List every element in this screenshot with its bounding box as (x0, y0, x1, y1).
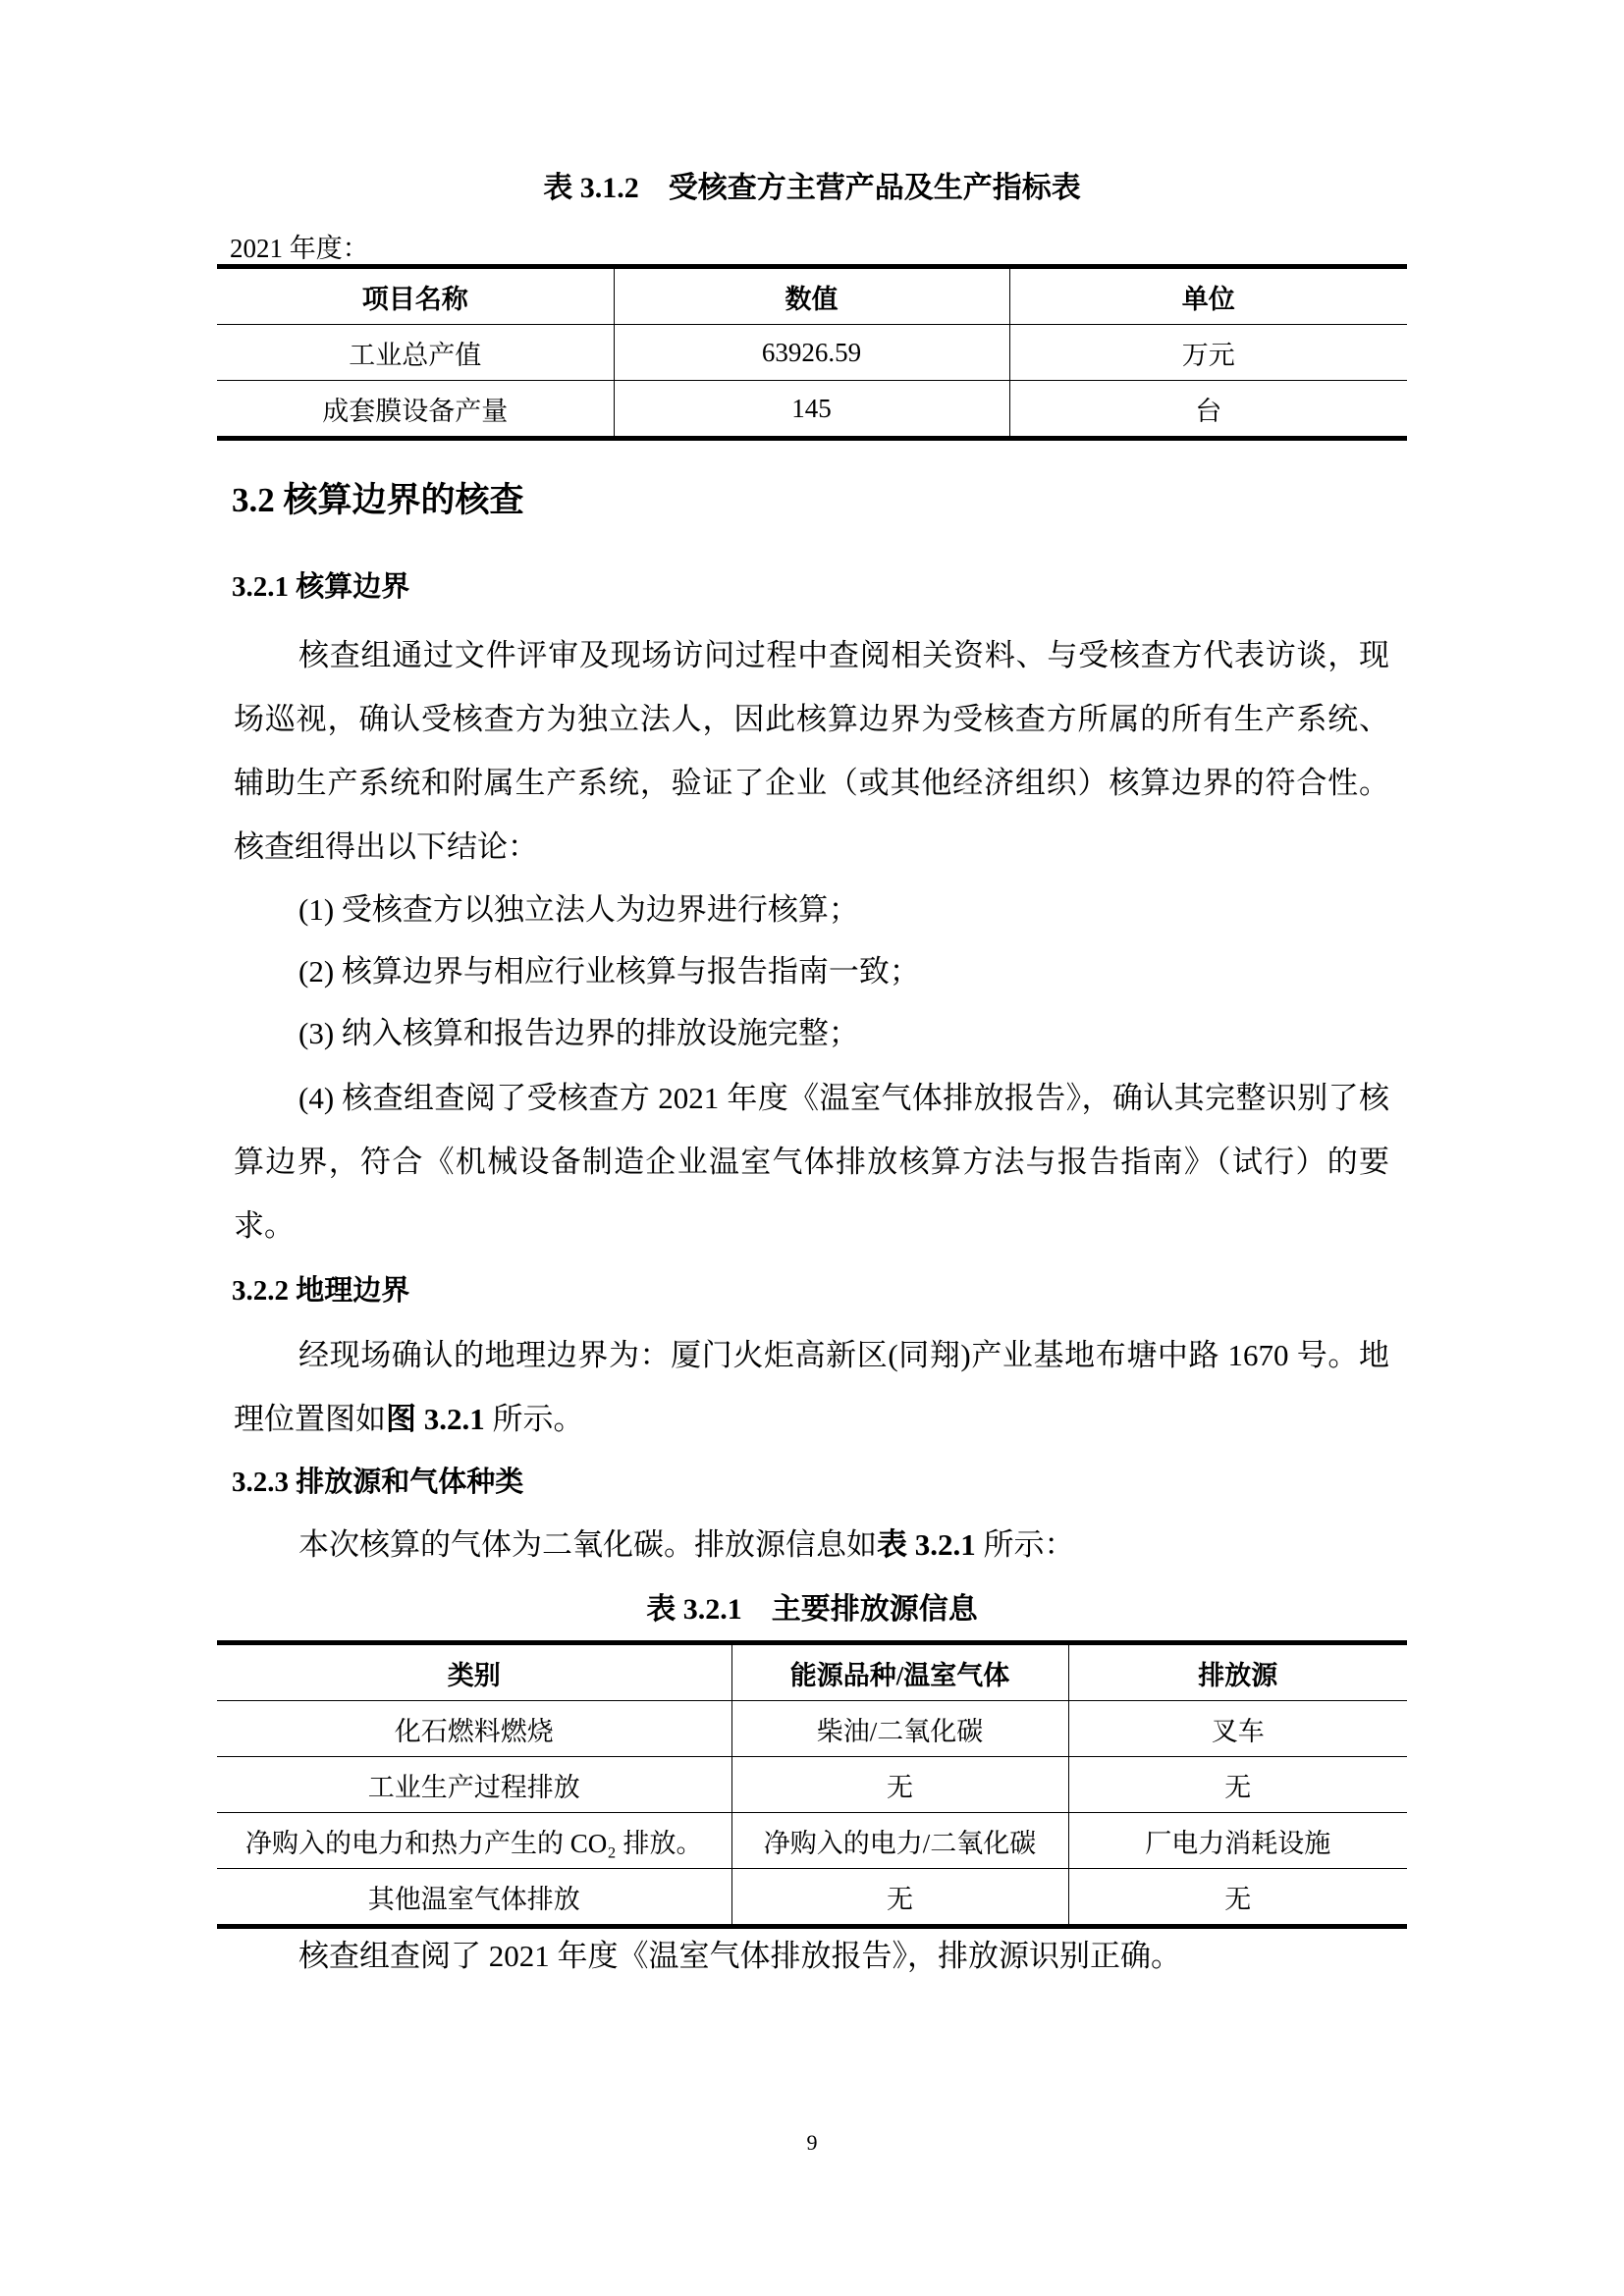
section-heading-3-2-3: 3.2.3 排放源和气体种类 (232, 1463, 523, 1502)
closing-paragraph: 核查组查阅了 2021 年度《温室气体排放报告》，排放源识别正确。 (298, 1937, 1454, 1976)
header-value: 数值 (614, 267, 1009, 325)
cell-energy-ghg: 无 (731, 1869, 1068, 1927)
cell-unit: 台 (1009, 381, 1407, 439)
table-reference-link: 表 3.2.1 (877, 1527, 976, 1562)
cell-value: 145 (614, 381, 1009, 439)
table-row: 化石燃料燃烧 柴油/二氧化碳 叉车 (217, 1701, 1407, 1757)
table-header-row: 类别 能源品种/温室气体 排放源 (217, 1643, 1407, 1701)
conclusion-item-3: (3) 纳入核算和报告边界的排放设施完整； (298, 1014, 1454, 1053)
cell-emission-source: 厂电力消耗设施 (1068, 1813, 1407, 1869)
cell-item-name: 成套膜设备产量 (217, 381, 614, 439)
table-312: 项目名称 数值 单位 工业总产值 63926.59 万元 成套膜设备产量 145… (217, 264, 1407, 441)
header-category: 类别 (217, 1643, 731, 1701)
cell-value: 63926.59 (614, 325, 1009, 381)
conclusion-item-4: (4) 核查组查阅了受核查方 2021 年度《温室气体排放报告》，确认其完整识别… (234, 1066, 1389, 1257)
cell-energy-ghg: 无 (731, 1757, 1068, 1813)
section-heading-3-2: 3.2 核算边界的核查 (232, 479, 524, 522)
section-heading-3-2-2: 3.2.2 地理边界 (232, 1271, 409, 1310)
header-item-name: 项目名称 (217, 267, 614, 325)
table-312-year-note: 2021 年度： (230, 232, 369, 265)
header-emission-source: 排放源 (1068, 1643, 1407, 1701)
cell-category: 工业生产过程排放 (217, 1757, 731, 1813)
conclusion-item-2: (2) 核算边界与相应行业核算与报告指南一致； (298, 952, 1454, 991)
cell-emission-source: 叉车 (1068, 1701, 1407, 1757)
figure-reference-link: 图 3.2.1 (386, 1402, 485, 1436)
cell-unit: 万元 (1009, 325, 1407, 381)
header-energy-ghg: 能源品种/温室气体 (731, 1643, 1068, 1701)
table-row: 净购入的电力和热力产生的 CO₂ 排放。 净购入的电力/二氧化碳 厂电力消耗设施 (217, 1813, 1407, 1869)
table-row: 工业总产值 63926.59 万元 (217, 325, 1407, 381)
cell-item-name: 工业总产值 (217, 325, 614, 381)
cell-emission-source: 无 (1068, 1757, 1407, 1813)
table-row: 工业生产过程排放 无 无 (217, 1757, 1407, 1813)
section-heading-3-2-1: 3.2.1 核算边界 (232, 567, 409, 607)
cell-category: 其他温室气体排放 (217, 1869, 731, 1927)
cell-energy-ghg: 柴油/二氧化碳 (731, 1701, 1068, 1757)
conclusion-item-1: (1) 受核查方以独立法人为边界进行核算； (298, 890, 1454, 930)
cell-energy-ghg: 净购入的电力/二氧化碳 (731, 1813, 1068, 1869)
cell-category: 化石燃料燃烧 (217, 1701, 731, 1757)
src-text-1: 本次核算的气体为二氧化碳。排放源信息如 (298, 1527, 877, 1562)
table-row: 成套膜设备产量 145 台 (217, 381, 1407, 439)
page-number: 9 (0, 2130, 1624, 2156)
paragraph-geographic-boundary: 经现场确认的地理边界为：厦门火炬高新区(同翔)产业基地布塘中路 1670 号。地… (234, 1323, 1389, 1451)
table-row: 其他温室气体排放 无 无 (217, 1869, 1407, 1927)
header-unit: 单位 (1009, 267, 1407, 325)
paragraph-emission-sources: 本次核算的气体为二氧化碳。排放源信息如表 3.2.1 所示： (234, 1513, 1389, 1576)
cell-emission-source: 无 (1068, 1869, 1407, 1927)
table-header-row: 项目名称 数值 单位 (217, 267, 1407, 325)
table-321: 类别 能源品种/温室气体 排放源 化石燃料燃烧 柴油/二氧化碳 叉车 工业生产过… (217, 1640, 1407, 1929)
geo-text-2: 所示。 (485, 1402, 584, 1436)
src-text-2: 所示： (976, 1527, 1075, 1562)
paragraph-boundary-verification: 核查组通过文件评审及现场访问过程中查阅相关资料、与受核查方代表访谈，现场巡视，确… (234, 623, 1389, 879)
table-321-caption: 表 3.2.1 主要排放源信息 (0, 1590, 1624, 1629)
cell-category: 净购入的电力和热力产生的 CO₂ 排放。 (217, 1813, 731, 1869)
table-312-caption: 表 3.1.2 受核查方主营产品及生产指标表 (0, 169, 1624, 208)
